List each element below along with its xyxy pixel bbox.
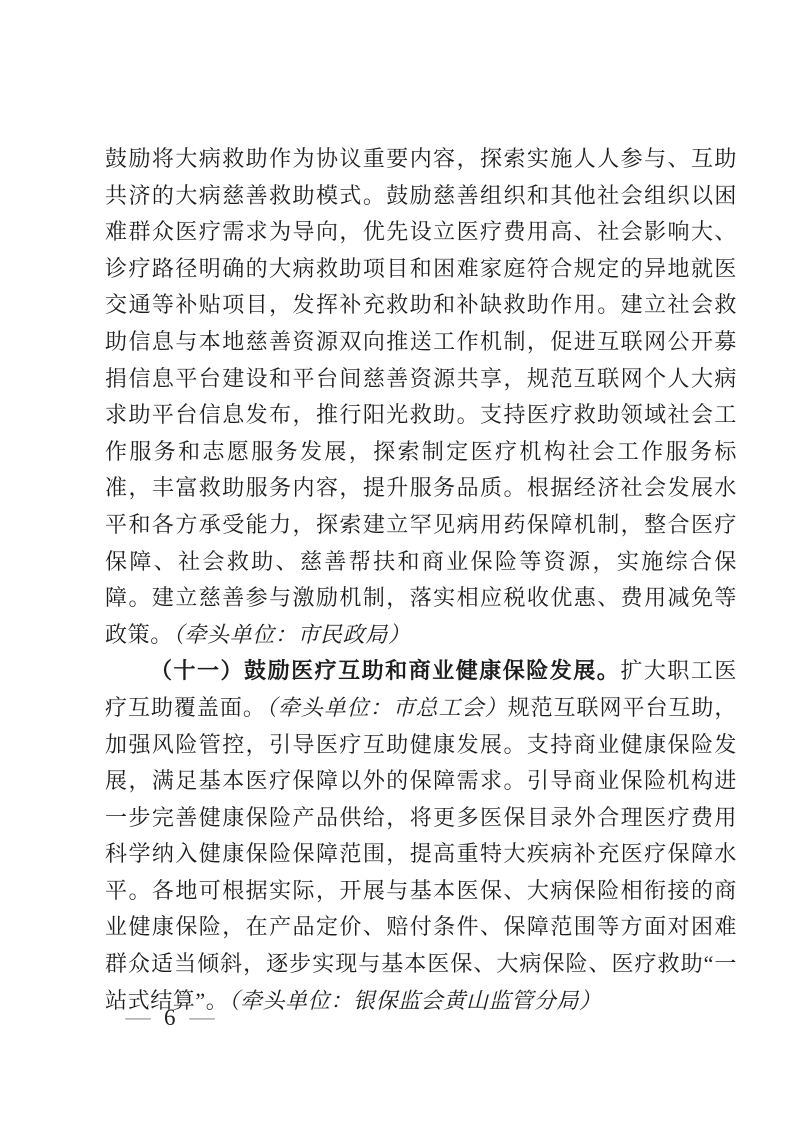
text-run-bold: （十一）鼓励医疗互助和商业健康保险发展。	[150, 658, 620, 683]
text-run-normal: 鼓励将大病救助作为协议重要内容，探索实施人人参与、互助共济的大病慈善救助模式。鼓…	[105, 146, 737, 647]
paragraph: 鼓励将大病救助作为协议重要内容，探索实施人人参与、互助共济的大病慈善救助模式。鼓…	[105, 141, 737, 653]
text-block: 鼓励将大病救助作为协议重要内容，探索实施人人参与、互助共济的大病慈善救助模式。鼓…	[105, 141, 737, 1019]
text-run-kaiti: （牵头单位：市总工会）	[266, 695, 508, 720]
page-number: 6	[164, 1006, 176, 1029]
footer-dash-right: —	[189, 1006, 214, 1028]
paragraph: （十一）鼓励医疗互助和商业健康保险发展。扩大职工医疗互助覆盖面。（牵头单位：市总…	[105, 653, 737, 1019]
page-footer: — 6 —	[127, 1002, 213, 1032]
text-run-normal: 规范互联网平台互助，加强风险管控，引导医疗互助健康发展。支持商业健康保险发展，满…	[105, 695, 737, 1013]
document-page: 鼓励将大病救助作为协议重要内容，探索实施人人参与、互助共济的大病慈善救助模式。鼓…	[0, 0, 793, 1122]
text-run-kaiti: （牵头单位：银保监会黄山监管分局）	[228, 988, 601, 1013]
text-run-kaiti: （牵头单位：市民政局）	[173, 622, 411, 647]
footer-dash-left: —	[125, 1006, 150, 1028]
